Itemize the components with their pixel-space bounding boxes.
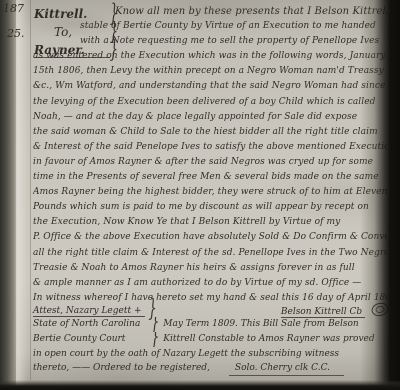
folio-number: 187: [3, 2, 24, 15]
oath-text: in open court by the oath of Nazary Lege…: [33, 347, 339, 362]
margin-rule-line: [30, 0, 31, 380]
manuscript-line: the Execution, Now Know Ye that I Belson…: [33, 215, 387, 230]
manuscript-line: Know all men by these presents that I Be…: [33, 4, 387, 19]
clerk-signature: Solo. Cherry clk C.C.: [229, 361, 344, 376]
book-edge-right: [360, 0, 400, 390]
manuscript-line: time in the Presents of several free Men…: [33, 170, 387, 185]
brace-flourish-icon: }: [151, 332, 159, 347]
term-text: May Term 1809. This Bill Sale from Belso…: [163, 317, 358, 332]
state-caption: State of North Carolina: [33, 317, 151, 332]
probate-line: in open court by the oath of Nazary Lege…: [33, 347, 392, 362]
manuscript-line: stable of Bertie County by Virtue of an …: [33, 19, 387, 34]
manuscript-page: 187 25. Kittrell. } To, } Rayner. } Know…: [0, 0, 400, 390]
manuscript-line: as was entered on the Execution which wa…: [33, 49, 387, 64]
proved-text: Kittrell Constable to Amos Rayner was pr…: [163, 332, 374, 347]
manuscript-line: with a Note requesting me to sell the pr…: [33, 34, 387, 49]
book-edge-bottom: [0, 380, 400, 390]
manuscript-line: the said woman & Child to Sale to the hi…: [33, 125, 387, 140]
attestation-row: Attest, Nazary Legett + } Belson Kittrel…: [33, 301, 388, 317]
manuscript-line: Noah, — and at the day & place legally a…: [33, 110, 387, 125]
page-edge-highlight: [16, 0, 28, 390]
court-caption: Bertie County Court: [33, 332, 151, 347]
probate-order-line: thereto, —— Ordered to be registered, So…: [33, 361, 392, 376]
probate-line: Bertie County Court } Kittrell Constable…: [33, 332, 392, 347]
manuscript-line: in favour of Amos Rayner & after the sai…: [33, 155, 387, 170]
manuscript-line: P. Office & the above Execution have abs…: [33, 230, 387, 245]
probate-line: State of North Carolina } May Term 1809.…: [33, 317, 392, 332]
manuscript-line: 15th 1806, then Levy the within precept …: [33, 64, 387, 79]
attest-witness: Attest, Nazary Legett + }: [33, 302, 157, 317]
manuscript-line: the levying of the Execution been delive…: [33, 95, 387, 110]
manuscript-line: & Interest of the said Penelope Ives to …: [33, 140, 387, 155]
deed-body-text: Know all men by these presents that I Be…: [33, 4, 387, 306]
probate-block: State of North Carolina } May Term 1809.…: [33, 317, 392, 376]
manuscript-line: all the right title claim & Interest of …: [33, 246, 387, 261]
manuscript-line: Treasie & Noah to Amos Rayner his heirs …: [33, 261, 387, 276]
order-text: thereto, —— Ordered to be registered,: [33, 361, 210, 376]
manuscript-line: Pounds which sum is paid to me by discou…: [33, 200, 387, 215]
manuscript-line: Amos Rayner being the highest bidder, th…: [33, 185, 387, 200]
manuscript-line: & ample manner as I am authorized to do …: [33, 276, 387, 291]
witness-signature: Attest, Nazary Legett +: [33, 306, 145, 317]
entry-number: 25.: [7, 27, 25, 40]
brace-flourish-icon: }: [151, 317, 159, 332]
manuscript-line: &c., Wm Watford, and understanding that …: [33, 79, 387, 94]
